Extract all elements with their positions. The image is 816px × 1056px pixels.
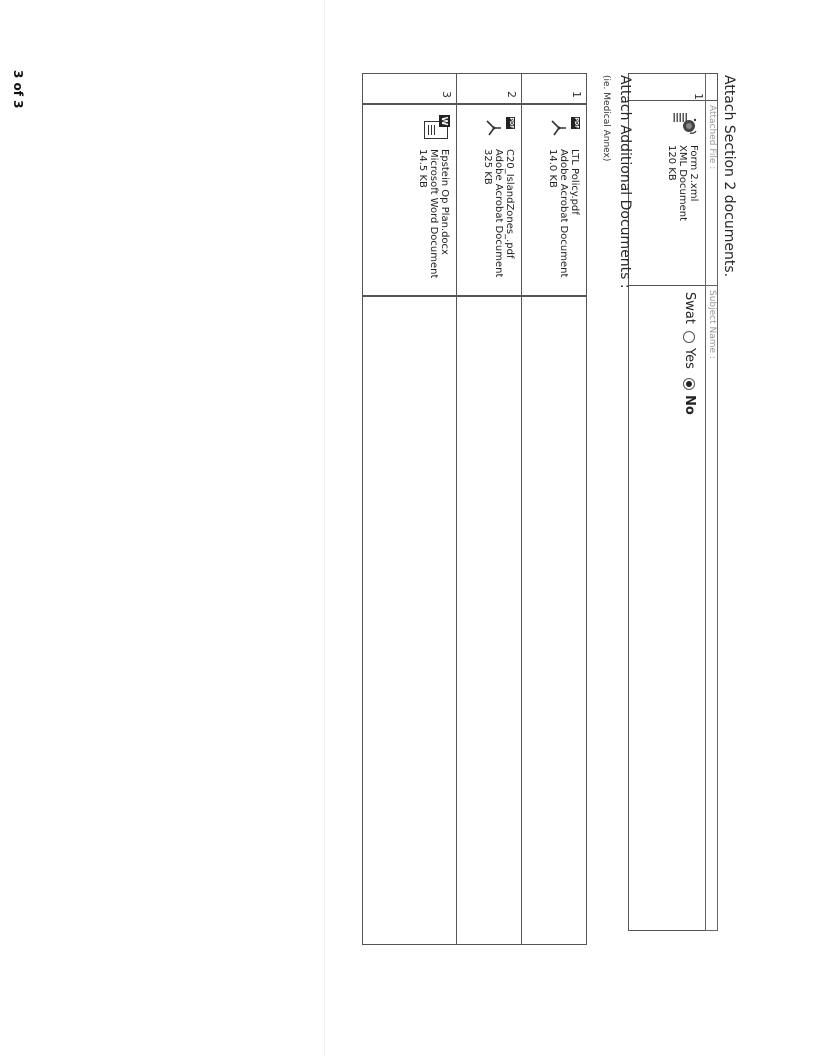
row-number: 1 <box>522 74 587 105</box>
attached-file-header: Attached File : <box>706 101 718 286</box>
attached-file-cell: PDF LTL Policy.pdf Adobe Acrobat Documen… <box>522 104 587 296</box>
pdf-file-icon: PDF <box>483 115 515 141</box>
scan-fold-line <box>324 0 325 1056</box>
file-type: Adobe Acrobat Document <box>558 149 569 277</box>
file-name: LTL Policy.pdf <box>569 149 580 277</box>
additional-documents-title: Attach Additional Documents : <box>617 75 633 289</box>
empty-cell <box>457 296 522 945</box>
subject-name-cell: Swat Yes No <box>629 286 706 931</box>
empty-cell <box>363 296 457 945</box>
row-number: 3 <box>363 74 457 105</box>
section2-table: Attached File : Subject Name : 1 <box>628 73 718 931</box>
page-indicator: 3 of 3 <box>11 70 25 109</box>
file-type: Microsoft Word Document <box>428 149 439 278</box>
additional-documents-table: 1 PDF LTL Policy.pdf Adobe Acrobat Docum… <box>362 73 587 945</box>
radio-yes[interactable] <box>684 331 696 343</box>
file-name: Epstein Op Plan.docx <box>439 149 450 278</box>
subject-name-value: Swat <box>682 292 697 324</box>
section2-title: Attach Section 2 documents. <box>721 75 737 277</box>
word-file-icon: W <box>418 115 450 141</box>
radio-no[interactable] <box>684 378 696 390</box>
file-size: 14.0 KB <box>547 149 558 277</box>
pdf-file-icon: PDF <box>548 115 580 141</box>
attached-file[interactable]: Form 2.xml XML Document 120 KB <box>666 101 705 285</box>
table-row: 1 <box>629 74 706 931</box>
file-type: Adobe Acrobat Document <box>493 149 504 277</box>
radio-yes-label[interactable]: Yes <box>682 348 697 369</box>
xml-file-icon <box>667 111 699 137</box>
table-row: 2 PDF C20_IslandZones_.pdf Adobe Acrobat… <box>457 74 522 945</box>
subject-name-header: Subject Name : <box>706 286 718 931</box>
table-row: 3 W Epstein Op Plan.docx Microsoft Word … <box>363 74 457 945</box>
radio-no-label[interactable]: No <box>682 395 697 415</box>
row-number: 2 <box>457 74 522 105</box>
attached-file-cell: W Epstein Op Plan.docx Microsoft Word Do… <box>363 104 457 296</box>
file-size: 325 KB <box>482 149 493 277</box>
document-page: Attach Section 2 documents. Attached Fil… <box>0 0 816 1056</box>
file-size: 14.5 KB <box>417 149 428 278</box>
attached-file[interactable]: W Epstein Op Plan.docx Microsoft Word Do… <box>417 105 456 295</box>
attached-file-cell: Form 2.xml XML Document 120 KB <box>629 101 706 286</box>
file-name: C20_IslandZones_.pdf <box>504 149 515 277</box>
row-number: 1 <box>629 74 706 101</box>
attached-file[interactable]: PDF C20_IslandZones_.pdf Adobe Acrobat D… <box>482 105 521 295</box>
attached-file[interactable]: PDF LTL Policy.pdf Adobe Acrobat Documen… <box>547 105 586 295</box>
table-row: 1 PDF LTL Policy.pdf Adobe Acrobat Docum… <box>522 74 587 945</box>
file-name: Form 2.xml <box>688 145 699 221</box>
empty-cell <box>522 296 587 945</box>
attached-file-cell: PDF C20_IslandZones_.pdf Adobe Acrobat D… <box>457 104 522 296</box>
additional-documents-note: (ie. Medical Annex) <box>601 75 611 161</box>
file-type: XML Document <box>677 145 688 221</box>
file-size: 120 KB <box>666 145 677 221</box>
